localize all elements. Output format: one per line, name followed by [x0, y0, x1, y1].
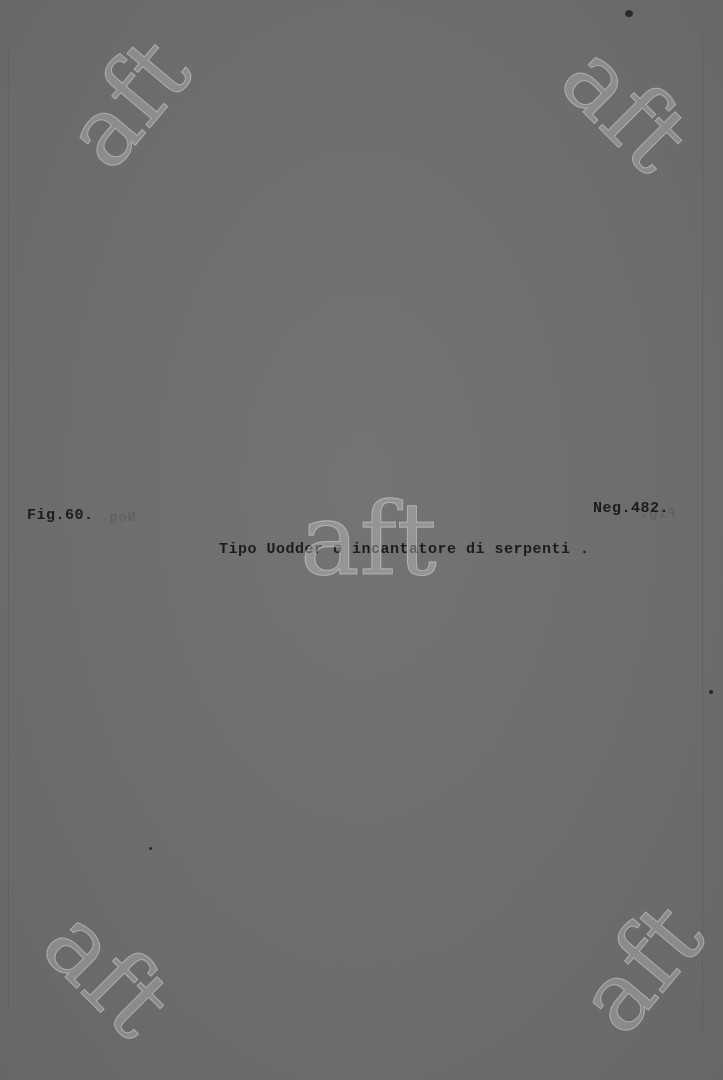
film-edge-left — [8, 50, 9, 1010]
bleedthrough-text: Fig. — [640, 506, 676, 522]
document-page: aft aft aft aft Fig.60. Neg. Neg.482. Fi… — [0, 0, 723, 1080]
dust-speck — [625, 10, 633, 17]
figure-label-bleedthrough: Neg. — [100, 510, 136, 526]
watermark-top-left: aft — [49, 22, 207, 184]
watermark-top-right: aft — [545, 28, 706, 189]
dust-speck — [709, 690, 713, 694]
watermark-center: aft — [300, 490, 437, 590]
film-edge-right — [702, 35, 703, 1035]
dust-speck — [149, 847, 152, 850]
figure-label: Fig.60. — [27, 507, 94, 524]
negative-label-bleedthrough: Fig. — [640, 506, 676, 522]
bleedthrough-text: Neg. — [100, 510, 136, 526]
watermark-bottom-right: aft — [562, 887, 720, 1049]
watermark-bottom-left: aft — [27, 893, 188, 1054]
